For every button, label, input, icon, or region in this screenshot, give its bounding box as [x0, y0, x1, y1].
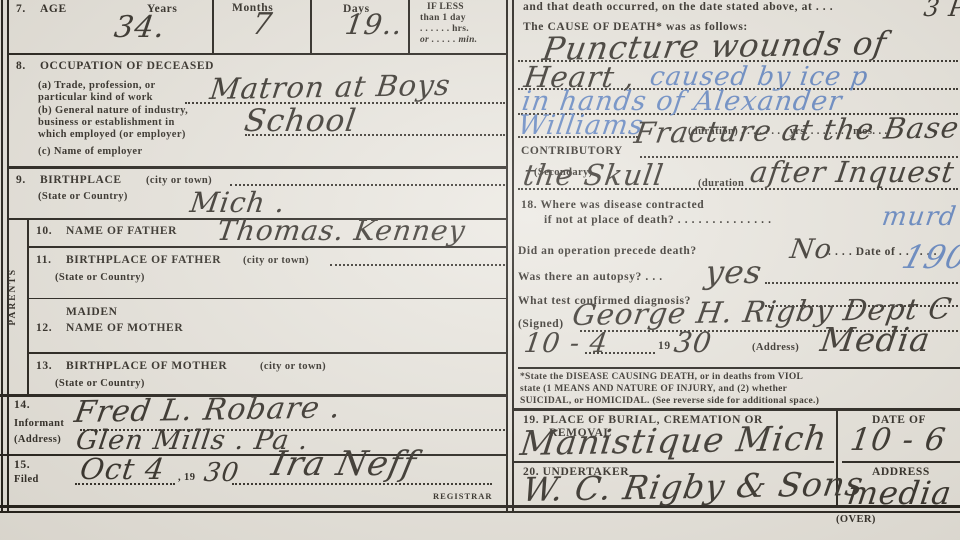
cause-line4-blue: Williams	[516, 110, 646, 141]
ifless-line3: . . . . . . hrs.	[420, 24, 469, 34]
mother-number: 12.	[36, 322, 52, 334]
ifless-line4: or . . . . . min.	[420, 35, 477, 45]
occupation-a-value: Matron at Boys	[208, 68, 453, 106]
death-statement: and that death occurred, on the date sta…	[523, 1, 833, 13]
occupation-a1: (a) Trade, profession, or	[38, 80, 156, 91]
footnote-line1: *State the DISEASE CAUSING DEATH, or in …	[520, 372, 803, 382]
death-certificate-scan: 7. AGE Years Months Days IF LESS than 1 …	[0, 0, 960, 540]
informant-label: Informant	[14, 418, 64, 429]
footnote-line3: SUICIDAL, or HOMICIDAL. (See reverse sid…	[520, 396, 819, 406]
mother-maiden: MAIDEN	[66, 306, 118, 318]
footnote-line2: state (1 MEANS AND NATURE OF INJURY, and…	[520, 384, 787, 394]
autopsy-value: yes	[703, 253, 765, 291]
death-statement-fragment: 3 P.	[922, 0, 960, 22]
contributory-value2: the Skull	[521, 158, 666, 192]
birthplace-sub: (city or town)	[146, 175, 212, 186]
bottom-border-1	[0, 505, 960, 508]
signed-date-value: 10 - 4	[522, 328, 610, 359]
father-bp-label: BIRTHPLACE OF FATHER	[66, 254, 221, 266]
informant-address-label: (Address)	[14, 434, 61, 445]
signed-address-value: Media	[818, 320, 933, 359]
birthplace-number: 9.	[16, 174, 26, 186]
occupation-label: OCCUPATION OF DECEASED	[40, 60, 214, 72]
mother-bp-state: (State or Country)	[55, 378, 145, 389]
registrar-signature: Ira Neff	[268, 444, 420, 484]
birthplace-label: BIRTHPLACE	[40, 174, 122, 186]
burial-date-value: 10 - 6	[848, 422, 948, 458]
bottom-border-2	[0, 511, 960, 513]
occupation-b-value: School	[242, 103, 359, 139]
father-label: NAME OF FATHER	[66, 225, 177, 237]
q18-value: murd	[880, 202, 959, 232]
autopsy-question: Was there an autopsy? . . .	[518, 271, 663, 283]
ifless-line2: than 1 day	[420, 13, 466, 23]
father-value: Thomas. Kenney	[215, 214, 468, 247]
mother-label: NAME OF MOTHER	[66, 322, 183, 334]
signed-address-label: (Address)	[752, 342, 799, 353]
occupation-number: 8.	[16, 60, 26, 72]
occupation-b2: business or establishment in	[38, 117, 175, 128]
signed-year-printed: 19	[658, 340, 671, 352]
operation-question: Did an operation precede death?	[518, 245, 697, 257]
center-divider-1	[506, 0, 508, 512]
contributory-value3: after Inquest	[748, 155, 957, 189]
over-label: (OVER)	[836, 514, 876, 525]
undertaker-value: W. C. Rigby & Sons	[520, 464, 867, 509]
outer-left-border-1	[1, 0, 3, 512]
father-bp-number: 11.	[36, 254, 52, 266]
ifless-line1: IF LESS	[427, 2, 464, 12]
father-bp-sub: (city or town)	[243, 255, 309, 266]
mother-bp-number: 13.	[36, 360, 52, 372]
parents-label: PARENTS	[8, 268, 18, 326]
age-years-value: 34.	[112, 10, 168, 45]
filed-number: 15.	[14, 459, 30, 471]
signed-year-value: 30	[672, 326, 714, 359]
outer-left-border-2	[7, 0, 9, 512]
mother-bp-sub: (city or town)	[260, 361, 326, 372]
father-bp-state: (State or Country)	[55, 272, 145, 283]
contributory-label: CONTRIBUTORY	[521, 145, 623, 157]
contributory-value1: Fracture at the Base	[632, 110, 960, 150]
operation-date-value: 190	[898, 238, 960, 276]
q18-line2: if not at place of death? . . . . . . . …	[544, 214, 772, 226]
occupation-c: (c) Name of employer	[38, 146, 143, 157]
father-number: 10.	[36, 225, 52, 237]
age-months-value: 7	[250, 7, 275, 42]
burial-place-value: Manistique Mich	[518, 419, 830, 464]
age-label: AGE	[40, 3, 67, 15]
mother-bp-label: BIRTHPLACE OF MOTHER	[66, 360, 227, 372]
birthplace-state: (State or Country)	[38, 191, 128, 202]
filed-label: Filed	[14, 474, 39, 485]
occupation-b1: (b) General nature of industry,	[38, 105, 188, 116]
occupation-a2: particular kind of work	[38, 92, 153, 103]
filed-year-printed: , 19	[178, 472, 195, 483]
undertaker-address-value: media	[845, 474, 954, 512]
age-number: 7.	[16, 3, 26, 15]
informant-number: 14.	[14, 399, 30, 411]
occupation-b3: which employed (or employer)	[38, 129, 186, 140]
filed-date-value: Oct 4	[78, 452, 167, 486]
age-days-value: 19..	[343, 8, 405, 41]
q18-line1: 18. Where was disease contracted	[521, 199, 704, 211]
center-divider-2	[512, 0, 514, 512]
registrar-label: REGISTRAR	[433, 491, 493, 501]
